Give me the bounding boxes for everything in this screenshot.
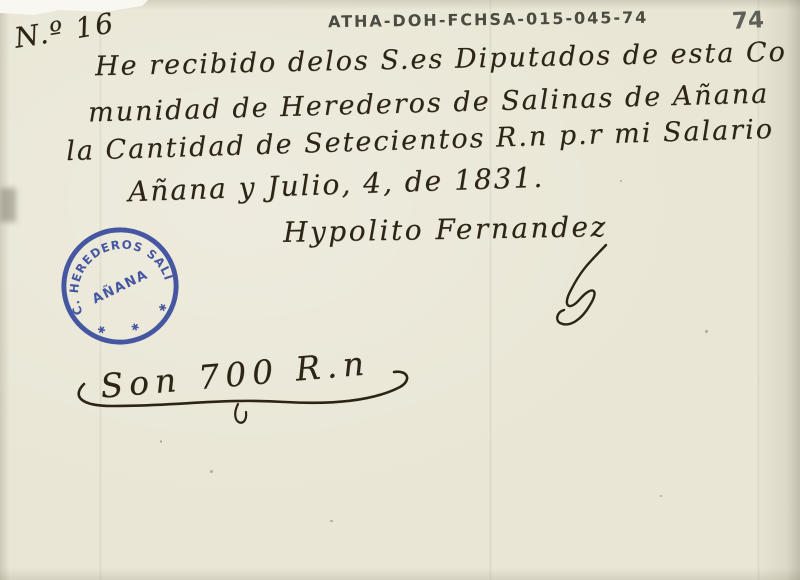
date-line: Añana y Julio, 4, de 1831.: [128, 161, 545, 209]
heirs-community-stamp: C. HEREDEROS SALINAS AÑANA ✱ ✱ ✱: [56, 222, 184, 350]
folio-number-pencil: 74: [731, 7, 764, 35]
edge-smudge: [0, 188, 16, 222]
paper-speck: [660, 495, 662, 497]
stamp-ornament-center: ✱: [130, 321, 142, 334]
amount-descender-loop: [235, 404, 246, 423]
stamp-group: C. HEREDEROS SALINAS AÑANA ✱ ✱ ✱: [56, 222, 184, 350]
signature-rubric-flourish: [548, 242, 628, 337]
paper-speck: [705, 330, 708, 333]
receipt-line-1: He recibido delos S.es Diputados de esta…: [95, 37, 787, 82]
paper-speck: [160, 440, 162, 443]
archival-reference-code: ATHA-DOH-FCHSA-015-045-74: [328, 8, 649, 31]
scanned-receipt-page: N.º 16 ATHA-DOH-FCHSA-015-045-74 74 He r…: [0, 0, 800, 580]
paper-speck: [210, 470, 213, 473]
paper-speck: [330, 520, 333, 522]
stamp-center-text: AÑANA: [89, 266, 151, 308]
paper-speck: [620, 180, 622, 182]
rubric-stroke: [557, 245, 606, 324]
